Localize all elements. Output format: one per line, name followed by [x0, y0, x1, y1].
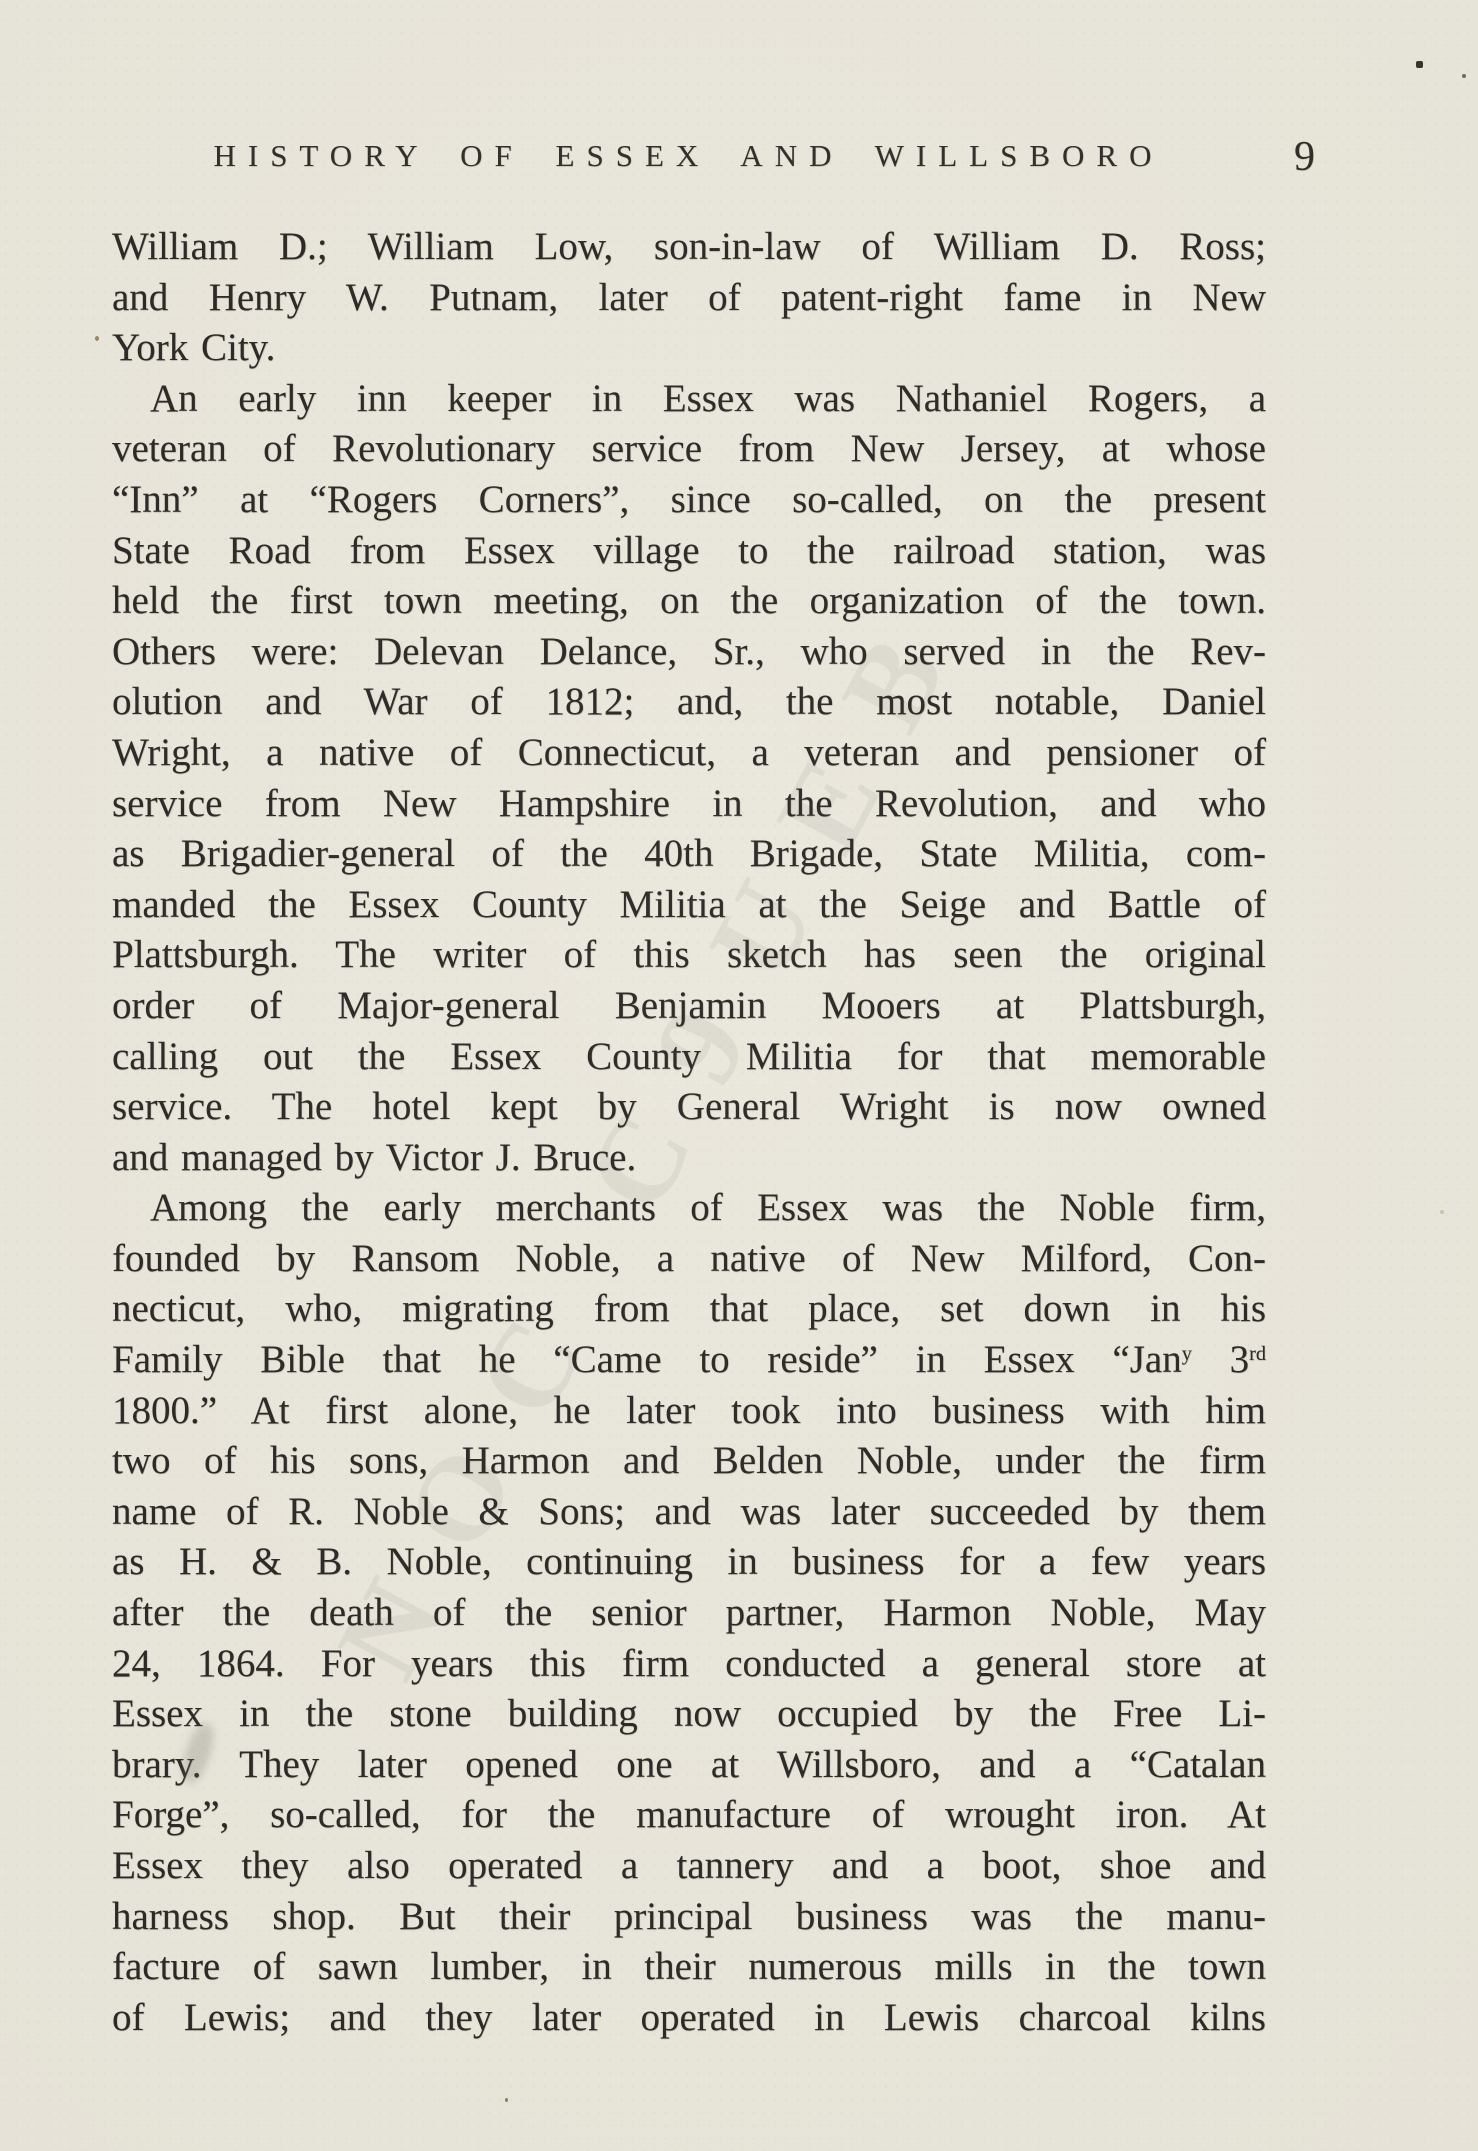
- paper-speck: [95, 336, 99, 341]
- text-line: necticut, who, migrating from that place…: [112, 1284, 1266, 1335]
- text-line: facture of sawn lumber, in their numerou…: [112, 1942, 1266, 1993]
- text-line: 1800.” At first alone, he later took int…: [112, 1386, 1266, 1437]
- running-title: HISTORY OF ESSEX AND WILLSBORO: [213, 138, 1163, 174]
- text-line: and Henry W. Putnam, later of patent-rig…: [112, 273, 1266, 324]
- text-line: Essex they also operated a tannery and a…: [112, 1841, 1266, 1892]
- paper-speck: [1440, 1210, 1444, 1214]
- text-line: Others were: Delevan Delance, Sr., who s…: [112, 627, 1266, 678]
- paper-speck: [505, 2098, 508, 2102]
- text-line: Plattsburgh. The writer of this sketch h…: [112, 930, 1266, 981]
- text-line: as Brigadier-general of the 40th Brigade…: [112, 829, 1266, 880]
- paper-speck: [1416, 61, 1423, 68]
- text-line: held the first town meeting, on the orga…: [112, 576, 1266, 627]
- text-line: name of R. Noble & Sons; and was later s…: [112, 1487, 1266, 1538]
- text-line: manded the Essex County Militia at the S…: [112, 880, 1266, 931]
- text-line: founded by Ransom Noble, a native of New…: [112, 1234, 1266, 1285]
- text-line: calling out the Essex County Militia for…: [112, 1032, 1266, 1083]
- text-line: and managed by Victor J. Bruce.: [112, 1133, 1266, 1184]
- text-line: Forge”, so-called, for the manufacture o…: [112, 1790, 1266, 1841]
- text-line: York City.: [112, 323, 1266, 374]
- text-line: An early inn keeper in Essex was Nathani…: [112, 374, 1266, 425]
- text-line: “Inn” at “Rogers Corners”, since so-call…: [112, 475, 1266, 526]
- page-number: 9: [1294, 133, 1315, 181]
- text-line: harness shop. But their principal busine…: [112, 1892, 1266, 1943]
- text-line: State Road from Essex village to the rai…: [112, 526, 1266, 577]
- text-line: 24, 1864. For years this firm conducted …: [112, 1639, 1266, 1690]
- text-line: Among the early merchants of Essex was t…: [112, 1183, 1266, 1234]
- paper-speck: [1462, 74, 1466, 78]
- text-line: service. The hotel kept by General Wrigh…: [112, 1082, 1266, 1133]
- text-line: order of Major-general Benjamin Mooers a…: [112, 981, 1266, 1032]
- text-line: of Lewis; and they later operated in Lew…: [112, 1993, 1266, 2044]
- body-text: William D.; William Low, son-in-law of W…: [112, 222, 1266, 2043]
- text-line: service from New Hampshire in the Revolu…: [112, 779, 1266, 830]
- book-page: NOC C9UEB HISTORY OF ESSEX AND WILLSBORO…: [0, 0, 1478, 2151]
- page-header: HISTORY OF ESSEX AND WILLSBORO: [112, 138, 1265, 174]
- text-line: two of his sons, Harmon and Belden Noble…: [112, 1436, 1266, 1487]
- text-line: olution and War of 1812; and, the most n…: [112, 677, 1266, 728]
- text-line: Wright, a native of Connecticut, a veter…: [112, 728, 1266, 779]
- text-line: Essex in the stone building now occupied…: [112, 1689, 1266, 1740]
- text-line: after the death of the senior partner, H…: [112, 1588, 1266, 1639]
- text-line: veteran of Revolutionary service from Ne…: [112, 424, 1266, 475]
- text-line: as H. & B. Noble, continuing in business…: [112, 1537, 1266, 1588]
- text-line: Family Bible that he “Came to reside” in…: [112, 1335, 1266, 1386]
- text-line: brary. They later opened one at Willsbor…: [112, 1740, 1266, 1791]
- text-line: William D.; William Low, son-in-law of W…: [112, 222, 1266, 273]
